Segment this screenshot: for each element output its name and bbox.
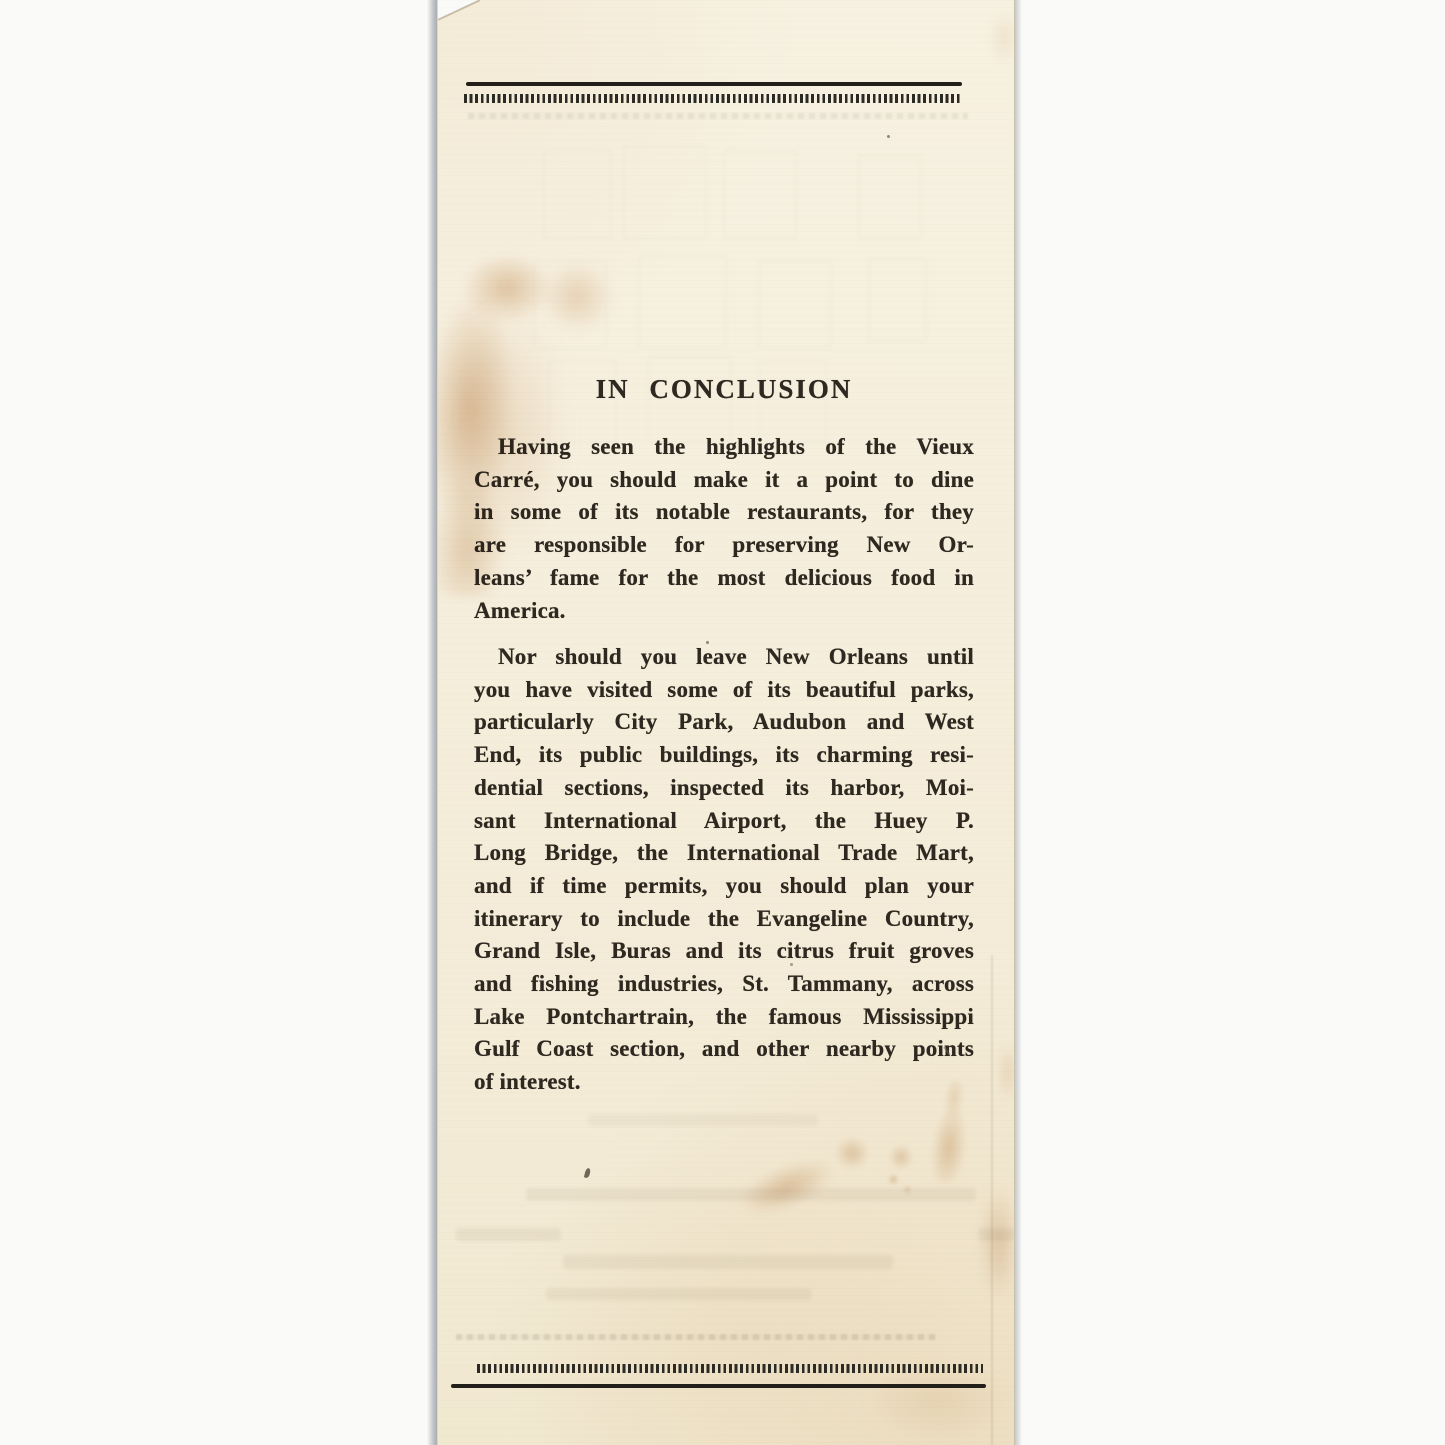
top-solid-rule [466, 82, 962, 86]
bleed-through-box [543, 150, 612, 239]
paper-edge-shadow-left [427, 0, 437, 1445]
bleed-through-box [858, 155, 922, 239]
stain [444, 240, 570, 336]
stain [828, 1130, 876, 1176]
bleed-through-box [723, 150, 797, 239]
text-line: are responsible for preserving New Or- [474, 529, 974, 562]
text-line: in some of its notable restaurants, for … [474, 496, 974, 529]
stain [902, 1184, 913, 1195]
top-dotted-rule [464, 94, 962, 103]
stain [710, 1126, 863, 1249]
stain [970, 1172, 1015, 1330]
text-line: End, its public buildings, its charming … [474, 739, 974, 772]
text-line: particularly City Park, Audubon and West [474, 706, 974, 739]
bleed-through-text-line [978, 1228, 1014, 1241]
text-line: Lake Pontchartrain, the famous Mississip… [474, 1001, 974, 1034]
bleed-through-box [868, 258, 927, 342]
dust-speck [706, 641, 709, 644]
text-line: Grand Isle, Buras and its citrus fruit g… [474, 935, 974, 968]
bleed-through-text-line [588, 1114, 818, 1126]
stain [982, 4, 1015, 80]
text-line: Nor should you leave New Orleans until [474, 641, 974, 674]
text-line: and fishing industries, St. Tammany, acr… [474, 968, 974, 1001]
brochure-page: IN CONCLUSION Having seen the highlights… [437, 0, 1015, 1445]
bleed-through-smudge-bottom [456, 1334, 936, 1340]
dust-speck [790, 963, 793, 966]
text-line: itinerary to include the Evangeline Coun… [474, 903, 974, 936]
stain [884, 1139, 918, 1175]
bleed-through-smudge-top [468, 113, 968, 119]
bleed-through-text-line [546, 1288, 811, 1300]
section-heading: IN CONCLUSION [474, 374, 974, 405]
text-line: you have visited some of its beautiful p… [474, 674, 974, 707]
bottom-solid-rule [451, 1384, 986, 1388]
text-line: and if time permits, you should plan you… [474, 870, 974, 903]
bleed-through-box [533, 260, 607, 349]
text-line: Having seen the highlights of the Vieux [474, 431, 974, 464]
stain [992, 1032, 1015, 1112]
text-line: of interest. [474, 1066, 974, 1099]
text-line: dential sections, inspected its harbor, … [474, 772, 974, 805]
bleed-through-box [758, 260, 832, 349]
bleed-through-box [638, 255, 727, 349]
bleed-through-text-line [456, 1228, 561, 1241]
bleed-through-text-line [526, 1188, 976, 1201]
body-paragraph-2: Nor should you leave New Orleans untilyo… [474, 641, 974, 1099]
ink-fleck [584, 1168, 591, 1179]
stain [530, 250, 634, 354]
stain [886, 1172, 901, 1187]
text-line: Carré, you should make it a point to din… [474, 464, 974, 497]
stain [842, 1346, 1015, 1445]
bottom-dotted-rule [477, 1364, 983, 1373]
paper-crease [991, 955, 993, 1445]
photo-background: IN CONCLUSION Having seen the highlights… [0, 0, 1445, 1445]
bleed-through-box [623, 145, 707, 239]
body-paragraph-1: Having seen the highlights of the VieuxC… [474, 431, 974, 627]
text-line: sant International Airport, the Huey P. [474, 805, 974, 838]
text-line: Gulf Coast section, and other nearby poi… [474, 1033, 974, 1066]
text-line: Long Bridge, the International Trade Mar… [474, 837, 974, 870]
bleed-through-text-line [563, 1255, 893, 1269]
text-line: leans’ fame for the most delicious food … [474, 562, 974, 595]
text-line: America. [474, 595, 974, 628]
dust-speck [887, 135, 890, 138]
